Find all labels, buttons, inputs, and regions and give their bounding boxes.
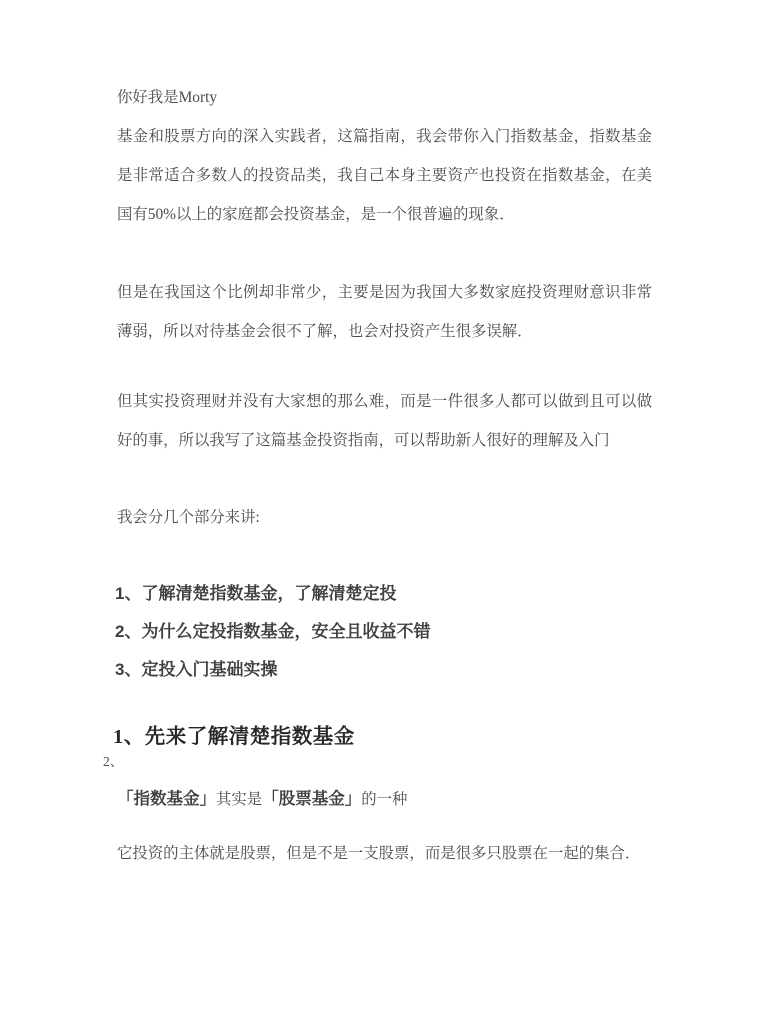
outline-intro-line: 我会分几个部分来讲: [117,498,652,537]
section-heading: 1、先来了解清楚指数基金 [113,721,652,753]
outline-list: 1、了解清楚指数基金，了解清楚定投 2、为什么定投指数基金，安全且收益不错 3、… [117,575,652,689]
stray-list-marker: 2、 [103,753,652,771]
intro-paragraph: 基金和股票方向的深入实践者，这篇指南，我会带你入门指数基金，指数基金是非常适合多… [117,117,652,234]
definition-suffix: 的一种 [361,791,407,808]
greeting-line: 你好我是Morty [117,78,652,117]
definition-connector: 其实是 [216,791,262,808]
outline-item-2: 2、为什么定投指数基金，安全且收益不错 [115,613,652,651]
term-stock-fund: 「股票基金」 [262,790,361,808]
outline-item-3: 3、定投入门基础实操 [115,651,652,689]
encouragement-paragraph: 但其实投资理财并没有大家想的那么难，而是一件很多人都可以做到且可以做好的事，所以… [117,382,652,460]
china-comparison-paragraph: 但是在我国这个比例却非常少，主要是因为我国大多数家庭投资理财意识非常薄弱，所以对… [117,273,652,351]
term-index-fund: 「指数基金」 [117,790,216,808]
document-page: 你好我是Morty 基金和股票方向的深入实践者，这篇指南，我会带你入门指数基金，… [0,0,768,1024]
outline-item-1: 1、了解清楚指数基金，了解清楚定投 [115,575,652,613]
closing-paragraph: 它投资的主体就是股票，但是不是一支股票，而是很多只股票在一起的集合． [117,842,652,866]
definition-line: 「指数基金」其实是「股票基金」的一种 [117,786,652,813]
